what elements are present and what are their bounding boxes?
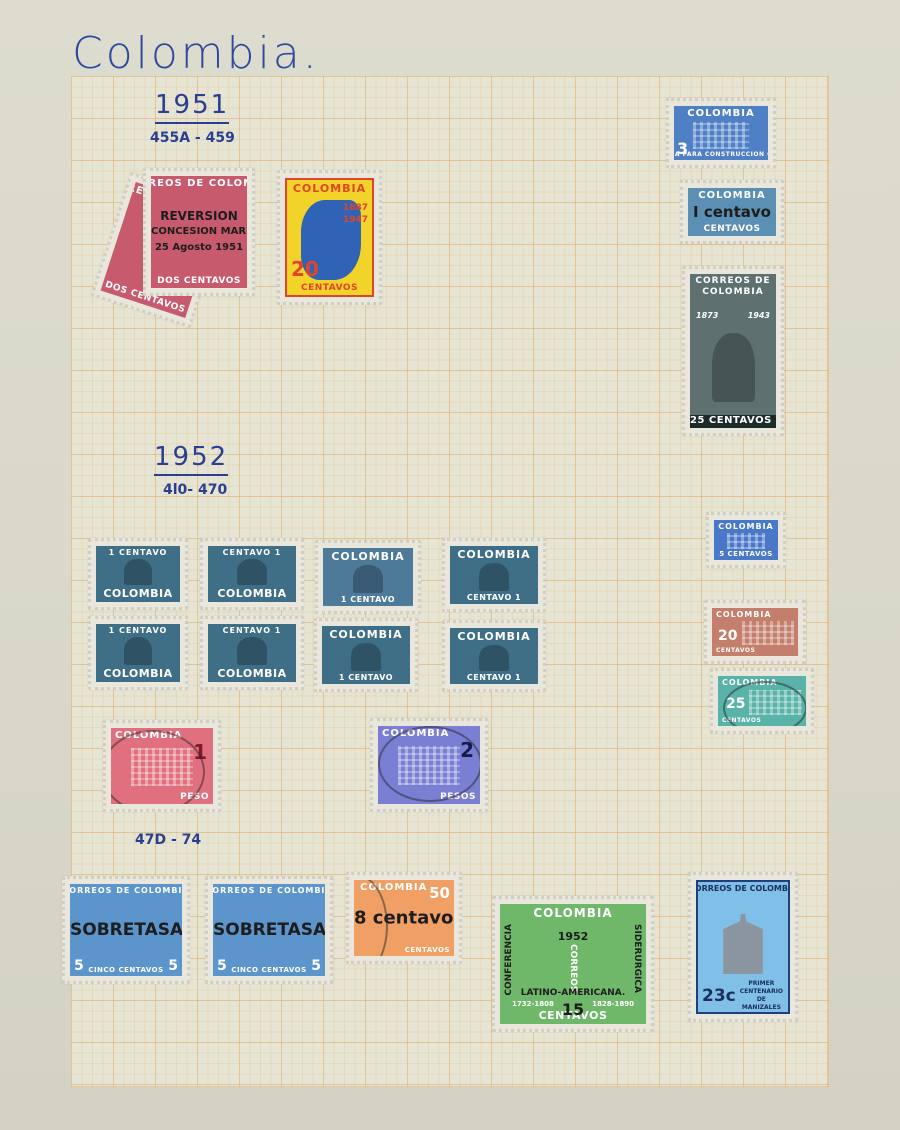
stamp-face: COLOMBIA 50 8 centavos CENTAVOS xyxy=(354,880,454,956)
overprint-line: LATINO-AMERICANA. xyxy=(500,988,646,998)
year-text: 1828-1890 xyxy=(592,1000,634,1008)
side-text: SIDERURGICA xyxy=(632,924,642,993)
stamp-header: COLOMBIA xyxy=(378,726,449,739)
stamp-1-centavo[interactable]: CENTAVO 1 COLOMBIA xyxy=(200,616,304,690)
stamp-header: COLOMBIA xyxy=(457,546,530,561)
stamp-1-centavo[interactable]: CENTAVO 1 COLOMBIA xyxy=(200,538,304,610)
overprint-line: 8 centavos xyxy=(354,908,454,929)
year-text: 1732-1808 xyxy=(512,1000,554,1008)
stamp-conferencia-siderurgica-15c[interactable]: COLOMBIA CONFERENCIA SIDERURGICA 1952 CO… xyxy=(492,896,654,1032)
stamp-building-1-peso[interactable]: COLOMBIA 1 PESO xyxy=(103,720,221,812)
stamp-face: COLOMBIA CONFERENCIA SIDERURGICA 1952 CO… xyxy=(500,904,646,1024)
side-text: CONFERENCIA xyxy=(504,924,514,996)
stamp-footer: CENTAVO 1 xyxy=(467,593,521,604)
stamp-1-centavo[interactable]: COLOMBIA 1 CENTAVO xyxy=(315,540,421,614)
stamp-header: COLOMBIA xyxy=(718,676,778,687)
stamp-header: COLOMBIA xyxy=(687,106,754,119)
overprint-line: 25 Agosto 1951 xyxy=(151,240,247,256)
year-text: 1943 xyxy=(748,311,770,320)
stamp-building-20c[interactable]: COLOMBIA 20 CENTAVOS xyxy=(704,600,806,664)
stamp-header: COLOMBIA xyxy=(533,904,612,920)
catalog-range-470-74: 47D - 74 xyxy=(135,832,201,848)
stamp-face: CORREOS DE COLOMBIA REVERSION CONCESION … xyxy=(151,176,247,288)
stamp-value: 5 xyxy=(311,958,321,974)
stamp-header: COLOMBIA xyxy=(331,548,404,563)
stamp-footer: 1 CENTAVO xyxy=(339,673,393,684)
country-heading: Colombia. xyxy=(72,28,320,79)
stamp-face: COLOMBIA 1 CENTAVO xyxy=(322,626,410,684)
stamp-value: 3 xyxy=(677,139,688,158)
stamp-1-centavo[interactable]: COLOMBIA CENTAVO 1 xyxy=(442,538,546,612)
stamp-footer: COLOMBIA xyxy=(103,667,172,682)
overprint-line: 1952 xyxy=(558,930,589,943)
stamp-header: COLOMBIA xyxy=(111,728,182,741)
overprint-line: SOBRETASA xyxy=(70,920,182,940)
stamp-face: CORREOS DE COLOMBIA 1873 1943 25 CENTAVO… xyxy=(690,274,776,428)
stamp-header: CORREOS DE COLOMBIA xyxy=(690,274,776,298)
stamp-palacio-3c[interactable]: COLOMBIA 3 SOBRETASA PARA CONSTRUCCION C… xyxy=(666,98,776,168)
stamp-value: 50 xyxy=(429,884,450,902)
stamp-face: 1 CENTAVO COLOMBIA xyxy=(96,624,180,682)
stamp-footer: PRIMER CENTENARIO DE MANIZALES xyxy=(739,980,784,1012)
stamp-header: CORREOS DE COLOMBIA xyxy=(151,176,247,189)
stamp-value: 2 xyxy=(460,738,474,762)
stamp-footer: DOS CENTAVOS xyxy=(157,276,241,288)
year-heading-1952: 1952 xyxy=(154,442,228,476)
cathedral-illustration xyxy=(723,899,763,974)
stamp-footer: PESOS xyxy=(440,792,480,804)
stamp-value: 20 xyxy=(718,628,737,644)
stamp-value: 23c xyxy=(702,986,736,1006)
stamp-face: 1 CENTAVO COLOMBIA xyxy=(96,546,180,602)
stamp-footer: CENTAVO 1 xyxy=(467,673,521,684)
stamp-face: CORREOS DE COLOMBIA SOBRETASA 5 5 CINCO … xyxy=(213,884,325,976)
center-text: CORREOS xyxy=(568,944,578,992)
stamp-header: CORREOS DE COLOMBIA xyxy=(696,882,790,893)
stamp-footer: CENTAVOS xyxy=(703,224,760,236)
stamp-footer: CENTAVOS xyxy=(718,717,761,726)
stamp-header: CORREOS DE COLOMBIA xyxy=(70,884,182,895)
stamp-face: COLOMBIA 3 SOBRETASA PARA CONSTRUCCION C… xyxy=(674,106,768,160)
stamp-value: 5 xyxy=(168,958,178,974)
stamp-sobretasa-5c[interactable]: CORREOS DE COLOMBIA SOBRETASA 5 5 CINCO … xyxy=(205,876,333,984)
stamp-footer: PESO xyxy=(180,792,213,804)
stamp-footer: COLOMBIA xyxy=(103,587,172,602)
stamp-face: COLOMBIA 20 CENTAVOS xyxy=(712,608,798,656)
stamp-header: COLOMBIA xyxy=(457,628,530,643)
year-heading-1951: 1951 xyxy=(155,90,229,124)
stamp-face: COLOMBIA 1 PESO xyxy=(111,728,213,804)
stamp-header: CENTAVO 1 xyxy=(223,546,282,557)
overprint-line: CONCESION MARES xyxy=(151,224,247,240)
stamp-footer: CENTAVOS xyxy=(712,647,755,656)
stamp-header: COLOMBIA xyxy=(354,880,427,893)
stamp-footer: COLOMBIA xyxy=(217,587,286,602)
year-text: 1873 xyxy=(696,311,718,320)
stamp-footer: COLOMBIA xyxy=(217,667,286,682)
stamp-face: COLOMBIA 2 PESOS xyxy=(378,726,480,804)
stamp-footer: CENTAVOS xyxy=(301,283,358,295)
catalog-range-1951: 455A - 459 xyxy=(150,130,235,146)
stamp-header: COLOMBIA xyxy=(712,608,772,619)
stamp-face: CENTAVO 1 COLOMBIA xyxy=(208,546,296,602)
stamp-value: 5 xyxy=(217,958,227,974)
overprint-line: SOBRETASA xyxy=(213,920,325,940)
stamp-building-5c[interactable]: COLOMBIA 5 CENTAVOS xyxy=(706,512,786,568)
stamp-1-centavo-overprint[interactable]: COLOMBIA I centavo CENTAVOS xyxy=(680,180,784,244)
stamp-face: COLOMBIA 5 CENTAVOS xyxy=(714,520,778,560)
stamp-face: COLOMBIA CENTAVO 1 xyxy=(450,628,538,684)
stamp-footer: CINCO CENTAVOS xyxy=(88,966,163,976)
stamp-face: COLOMBIA CENTAVO 1 xyxy=(450,546,538,604)
stamp-building-25c[interactable]: COLOMBIA 25 CENTAVOS xyxy=(710,668,814,734)
stamp-8-centavos-on-50[interactable]: COLOMBIA 50 8 centavos CENTAVOS xyxy=(346,872,462,964)
stamp-footer: 1 CENTAVO xyxy=(341,595,395,606)
stamp-footer: 25 CENTAVOS 25 xyxy=(690,415,776,428)
stamp-sobretasa-5c[interactable]: CORREOS DE COLOMBIA SOBRETASA 5 5 CINCO … xyxy=(62,876,190,984)
stamp-value: 1 xyxy=(193,740,207,764)
year-text: 1947 xyxy=(343,214,368,226)
stamp-face: COLOMBIA I centavo CENTAVOS xyxy=(688,188,776,236)
stamp-footer: 5 CENTAVOS xyxy=(719,550,773,560)
catalog-range-1952: 4l0- 470 xyxy=(163,482,227,498)
stamp-manizales-cathedral-23c[interactable]: CORREOS DE COLOMBIA 23c PRIMER CENTENARI… xyxy=(688,872,798,1022)
stamp-header: COLOMBIA xyxy=(293,180,366,195)
stamp-colombia-map-20c[interactable]: COLOMBIA 1887 1947 20 CENTAVOS xyxy=(277,170,382,305)
stamp-face: CENTAVO 1 COLOMBIA xyxy=(208,624,296,682)
stamp-1-centavo[interactable]: 1 CENTAVO COLOMBIA xyxy=(88,616,188,690)
stamp-footer: CENTAVOS xyxy=(405,946,454,956)
stamp-value: 20 xyxy=(291,257,319,281)
stamp-face: COLOMBIA 1 CENTAVO xyxy=(323,548,413,606)
stamp-reversion-2c[interactable]: CORREOS DE COLOMBIA REVERSION CONCESION … xyxy=(143,168,255,296)
year-text: 1887 xyxy=(343,202,368,214)
stamp-value: 25 xyxy=(726,696,745,712)
stamp-face: COLOMBIA 1887 1947 20 CENTAVOS xyxy=(285,178,374,297)
stamp-portrait-25c[interactable]: CORREOS DE COLOMBIA 1873 1943 25 CENTAVO… xyxy=(682,266,784,436)
stamp-header: COLOMBIA xyxy=(718,520,774,531)
stamp-header: COLOMBIA xyxy=(329,626,402,641)
overprint-line: I centavo xyxy=(688,203,776,221)
stamp-face: COLOMBIA 25 CENTAVOS xyxy=(718,676,806,726)
stamp-header: COLOMBIA xyxy=(698,188,765,201)
stamp-value: 5 xyxy=(74,958,84,974)
stamp-1-centavo[interactable]: COLOMBIA 1 CENTAVO xyxy=(314,618,418,692)
stamp-footer: CINCO CENTAVOS xyxy=(231,966,306,976)
stamp-header: CORREOS DE COLOMBIA xyxy=(213,884,325,895)
stamp-1-centavo[interactable]: 1 CENTAVO COLOMBIA xyxy=(88,538,188,610)
stamp-building-2-pesos[interactable]: COLOMBIA 2 PESOS xyxy=(370,718,488,812)
album-page: Colombia. 1951 455A - 459 1952 4l0- 470 … xyxy=(0,0,900,1130)
stamp-face: CORREOS DE COLOMBIA 23c PRIMER CENTENARI… xyxy=(696,880,790,1014)
stamp-header: 1 CENTAVO xyxy=(109,546,168,557)
stamp-header: CENTAVO 1 xyxy=(223,624,282,635)
stamp-header: 1 CENTAVO xyxy=(109,624,168,635)
stamp-face: CORREOS DE COLOMBIA SOBRETASA 5 5 CINCO … xyxy=(70,884,182,976)
overprint-line: REVERSION xyxy=(151,208,247,224)
stamp-1-centavo[interactable]: COLOMBIA CENTAVO 1 xyxy=(442,620,546,692)
